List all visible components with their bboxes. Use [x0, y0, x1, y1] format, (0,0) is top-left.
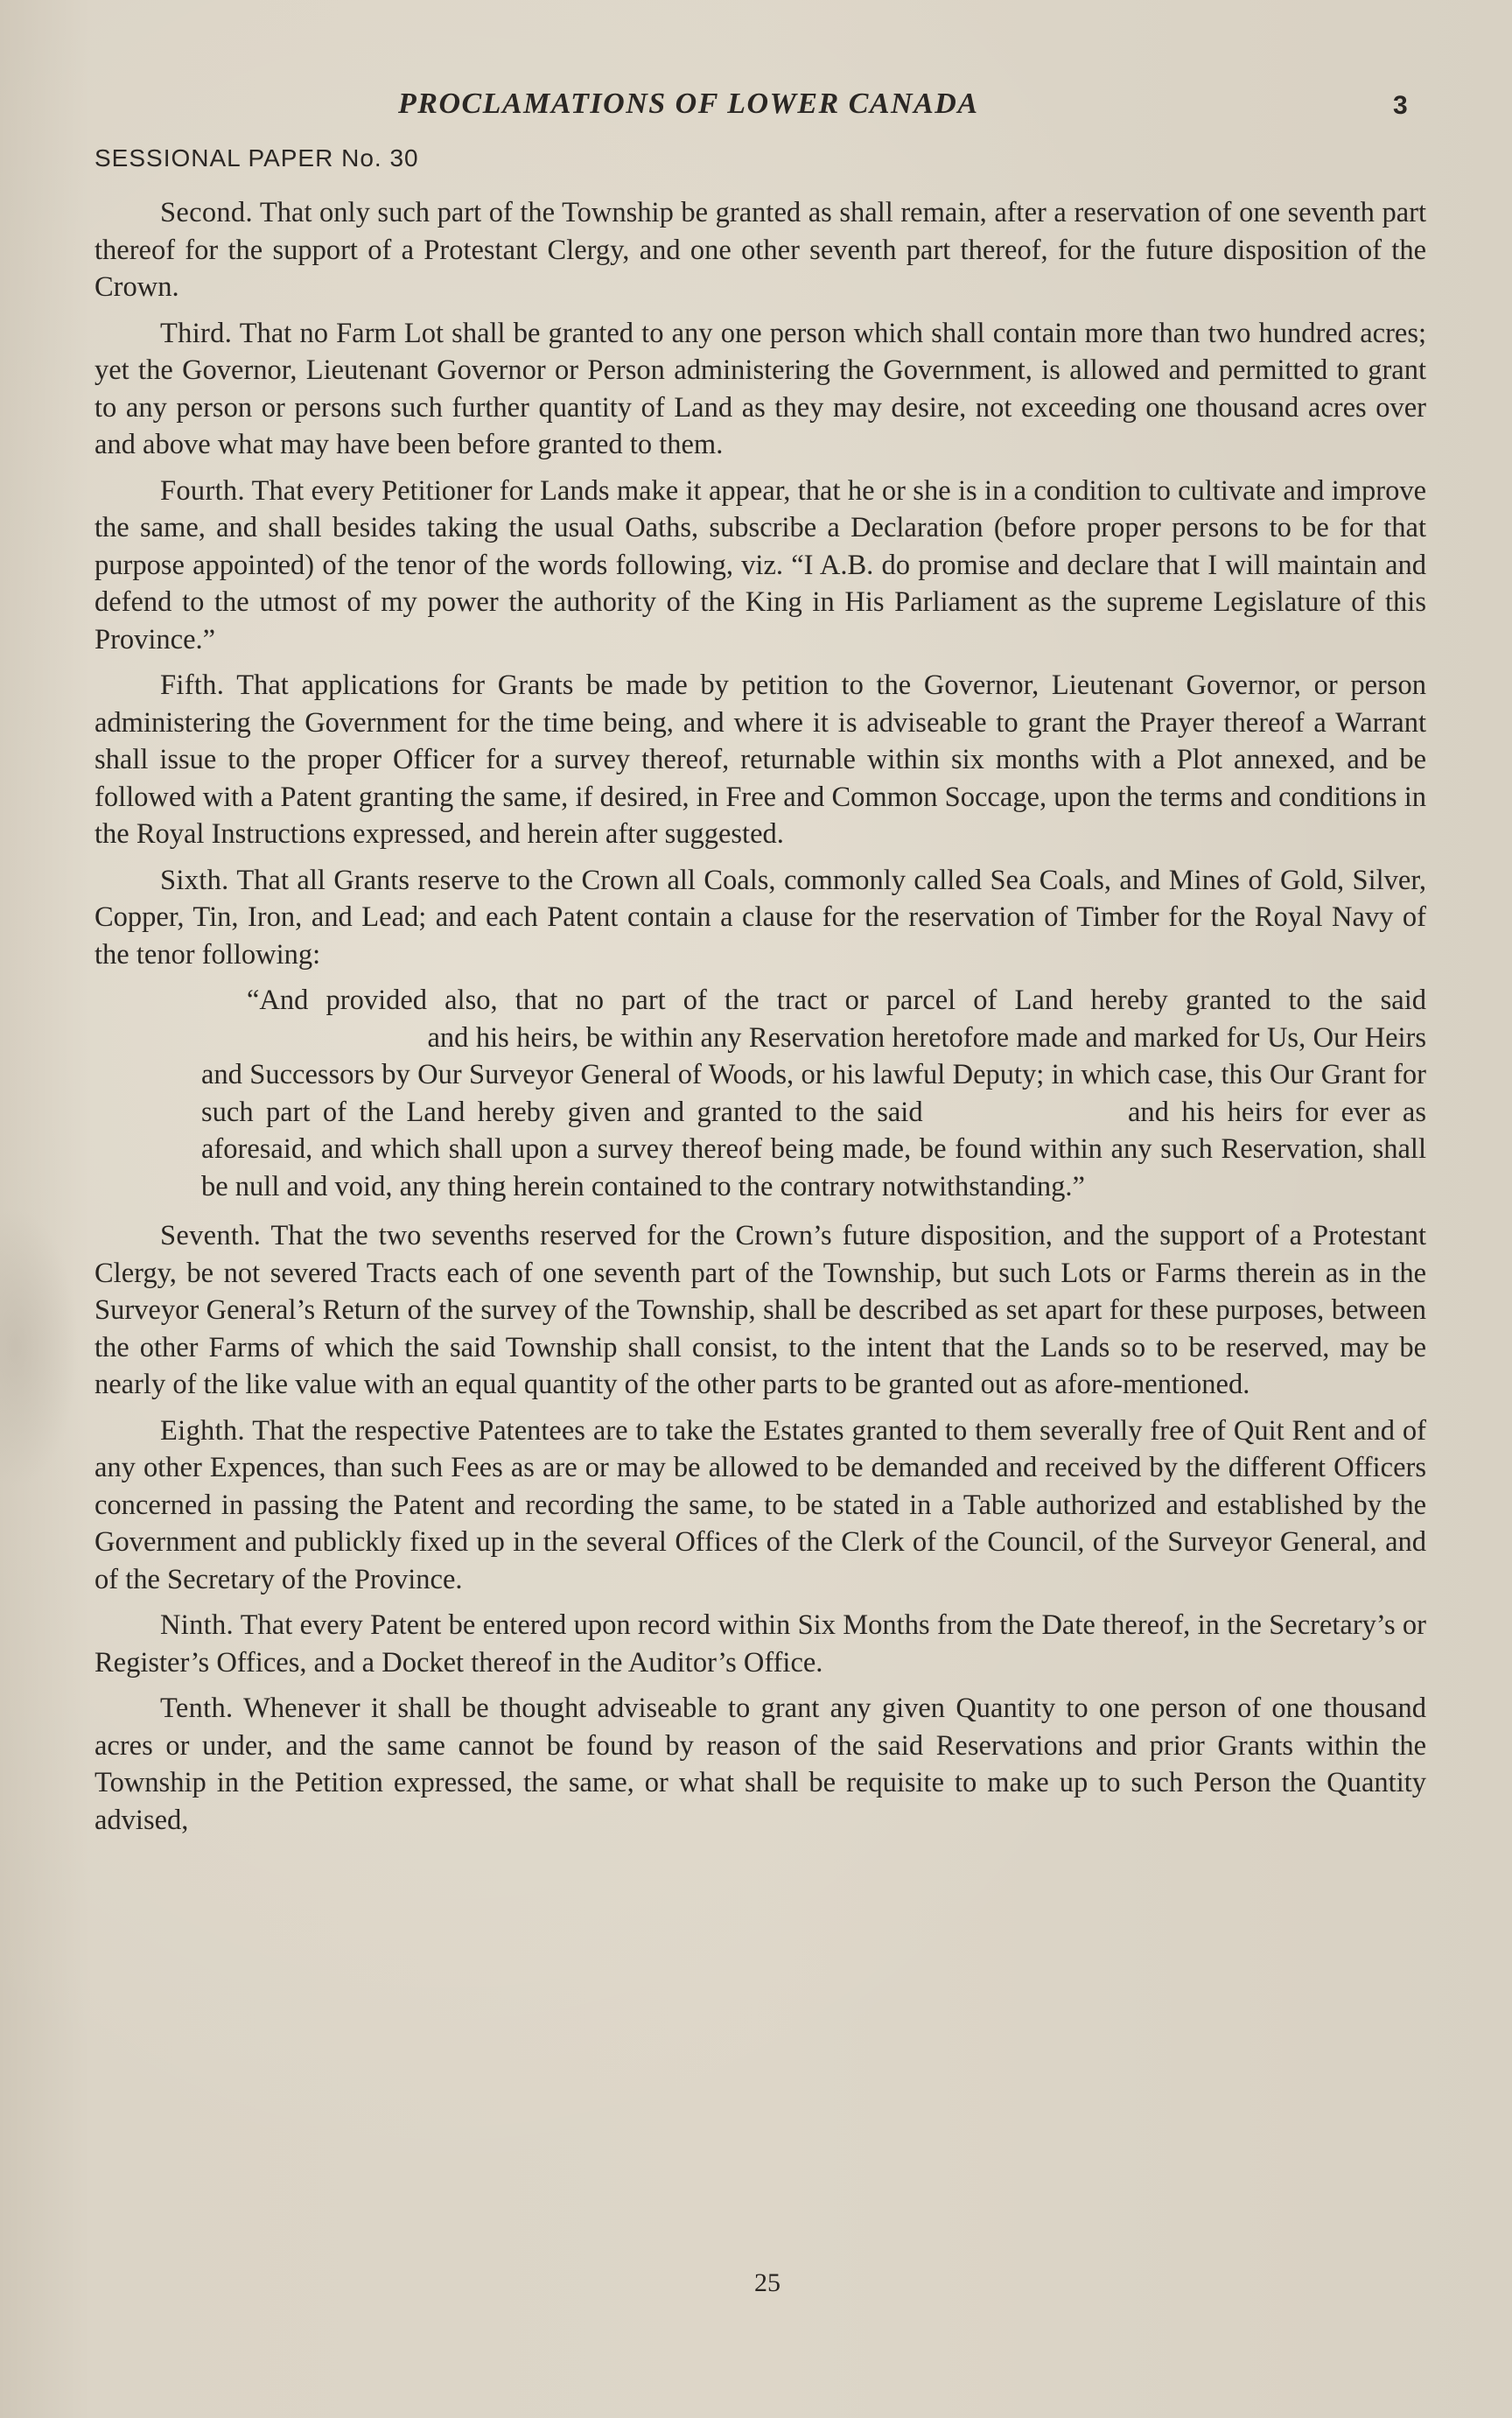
running-header: PROCLAMATIONS OF LOWER CANADA 3	[0, 88, 1512, 131]
paragraph-lead: Sixth.	[160, 865, 229, 896]
paragraph-lead: Fourth.	[160, 475, 245, 507]
block-quote-timber-reservation: “And provided also, that no part of the …	[94, 982, 1426, 1205]
paragraph-fourth: Fourth. That every Petitioner for Lands …	[94, 473, 1426, 659]
quote-part-1: “And provided also, that no part of the …	[247, 985, 1426, 1016]
paragraph-text: That the respective Patentees are to tak…	[94, 1415, 1426, 1595]
page-number: 25	[754, 2268, 780, 2298]
paragraph-text: That all Grants reserve to the Crown all…	[94, 865, 1426, 971]
paragraph-text: That every Petitioner for Lands make it …	[94, 475, 1426, 655]
paragraph-third: Third. That no Farm Lot shall be granted…	[94, 315, 1426, 464]
document-page: PROCLAMATIONS OF LOWER CANADA 3 SESSIONA…	[0, 0, 1512, 2418]
paragraph-lead: Seventh.	[160, 1220, 261, 1251]
paragraph-lead: Eighth.	[160, 1415, 245, 1447]
paragraph-tenth: Tenth. Whenever it shall be thought advi…	[94, 1690, 1426, 1839]
paragraph-text: That only such part of the Township be g…	[94, 197, 1426, 303]
paragraph-text: That applications for Grants be made by …	[94, 669, 1426, 850]
paragraph-lead: Ninth.	[160, 1609, 234, 1641]
running-title: PROCLAMATIONS OF LOWER CANADA	[398, 88, 979, 121]
paragraph-text: That the two sevenths reserved for the C…	[94, 1220, 1426, 1400]
paragraph-sixth: Sixth. That all Grants reserve to the Cr…	[94, 862, 1426, 974]
paragraph-lead: Fifth.	[160, 669, 224, 701]
paragraph-second: Second. That only such part of the Towns…	[94, 194, 1426, 306]
paragraph-lead: Second.	[160, 197, 253, 228]
paragraph-seventh: Seventh. That the two sevenths reserved …	[94, 1217, 1426, 1404]
paragraph-text: That every Patent be entered upon record…	[94, 1609, 1426, 1679]
paragraph-fifth: Fifth. That applications for Grants be m…	[94, 667, 1426, 853]
paragraph-text: Whenever it shall be thought adviseable …	[94, 1693, 1426, 1836]
sessional-paper-label: SESSIONAL PAPER No. 30	[94, 144, 419, 172]
paragraph-lead: Third.	[160, 318, 232, 349]
paragraph-eighth: Eighth. That the respective Patentees ar…	[94, 1412, 1426, 1599]
paragraph-text: That no Farm Lot shall be granted to any…	[94, 318, 1426, 461]
paragraph-lead: Tenth.	[160, 1693, 233, 1724]
page-stain	[0, 1208, 79, 1488]
folio-number: 3	[1393, 91, 1408, 121]
body-text: Second. That only such part of the Towns…	[94, 194, 1426, 1847]
paragraph-ninth: Ninth. That every Patent be entered upon…	[94, 1607, 1426, 1681]
